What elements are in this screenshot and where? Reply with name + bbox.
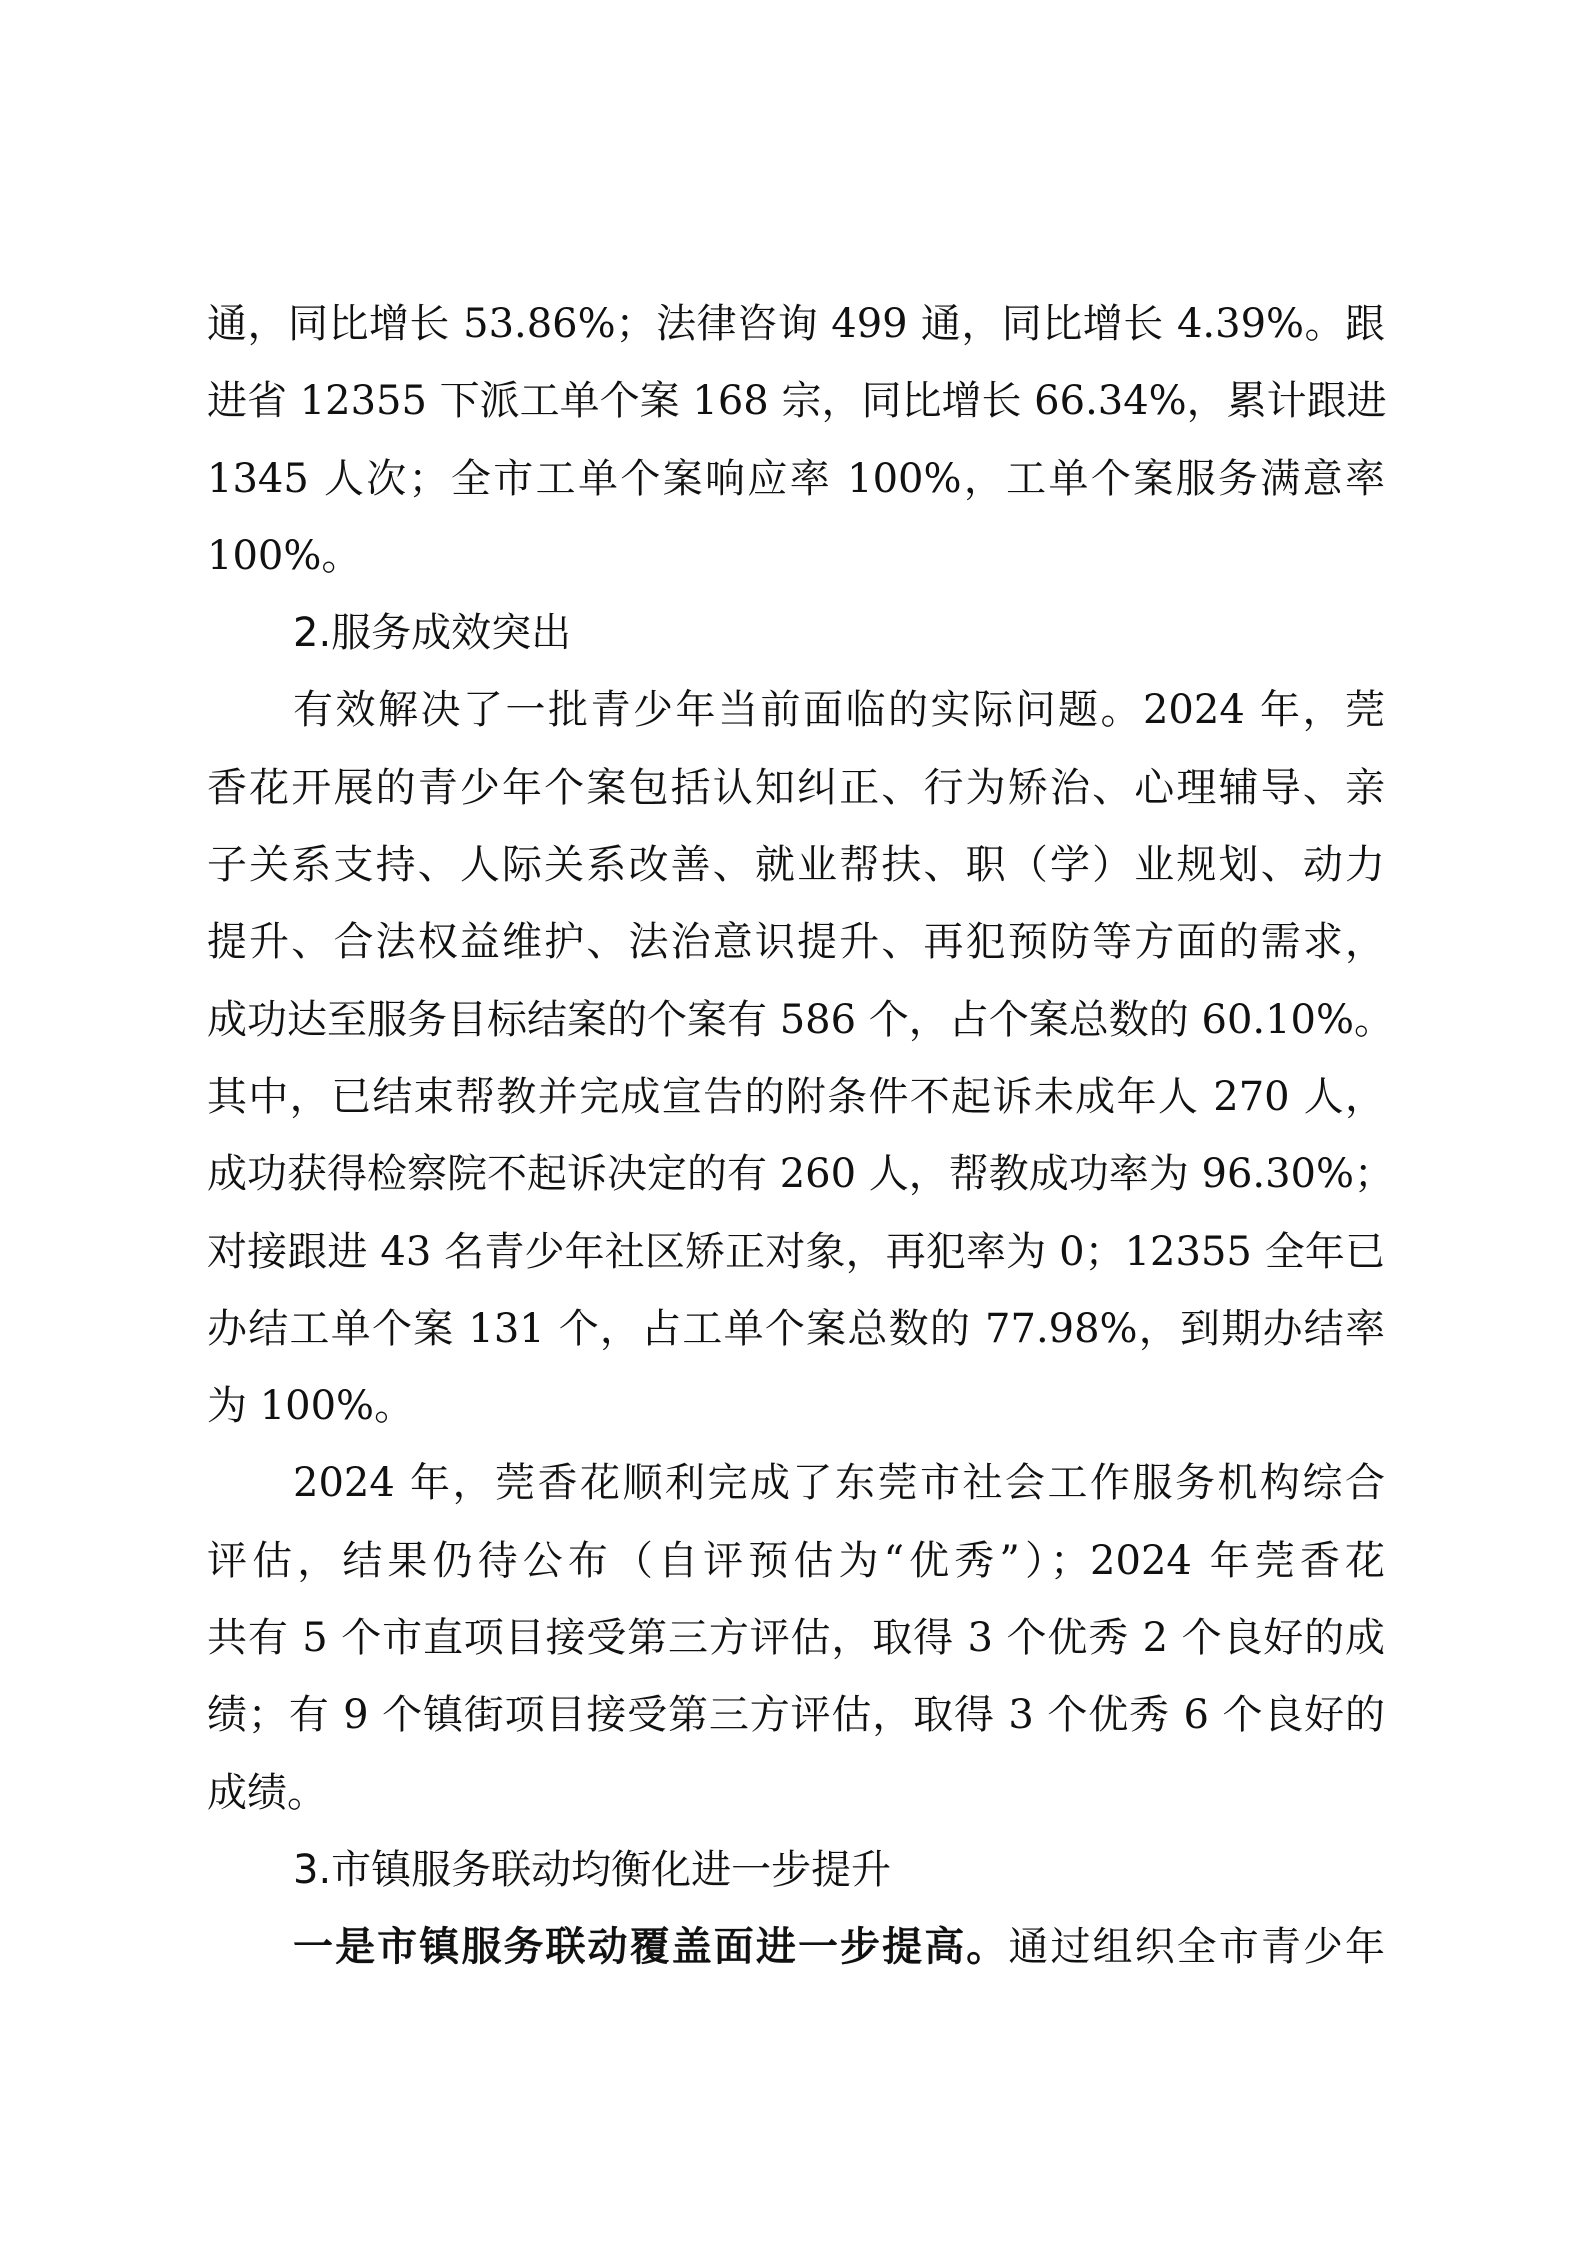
bold-lead-phrase: 一是市镇服务联动覆盖面进一步提高。 [293,1924,1008,1970]
paragraph-line: 通，同比增长 53.86%；法律咨询 499 通，同比增长 4.39%。跟 [207,296,1385,373]
paragraph-line: 成功达至服务目标结案的个案有 586 个，占个案总数的 60.10%。 [207,992,1385,1069]
paragraph-line: 成绩。 [207,1765,1385,1842]
paragraph-line: 办结工单个案 131 个，占工单个案总数的 77.98%，到期办结率 [207,1301,1385,1378]
paragraph-text: 通过组织全市青少年 [1008,1924,1385,1970]
paragraph-line: 其中，已结束帮教并完成宣告的附条件不起诉未成年人 270 人， [207,1069,1385,1146]
paragraph-line: 100%。 [207,528,1385,605]
paragraph-line: 成功获得检察院不起诉决定的有 260 人，帮教成功率为 96.30%； [207,1146,1385,1223]
paragraph-line: 1345 人次；全市工单个案响应率 100%，工单个案服务满意率 [207,451,1385,528]
paragraph-line: 绩；有 9 个镇街项目接受第三方评估，取得 3 个优秀 6 个良好的 [207,1687,1385,1764]
paragraph-line: 为 100%。 [207,1378,1385,1455]
paragraph-line: 对接跟进 43 名青少年社区矫正对象，再犯率为 0；12355 全年已 [207,1224,1385,1301]
section-heading: 3.市镇服务联动均衡化进一步提升 [207,1842,1385,1919]
section-heading: 2.服务成效突出 [207,605,1385,682]
paragraph-line: 香花开展的青少年个案包括认知纠正、行为矫治、心理辅导、亲 [207,760,1385,837]
paragraph-line: 共有 5 个市直项目接受第三方评估，取得 3 个优秀 2 个良好的成 [207,1610,1385,1687]
document-body: 通，同比增长 53.86%；法律咨询 499 通，同比增长 4.39%。跟 进省… [207,296,1385,1997]
paragraph-line: 进省 12355 下派工单个案 168 宗，同比增长 66.34%，累计跟进 [207,373,1385,450]
paragraph-line: 有效解决了一批青少年当前面临的实际问题。2024 年，莞 [207,682,1385,759]
paragraph-line: 提升、合法权益维护、法治意识提升、再犯预防等方面的需求， [207,914,1385,991]
document-page: 通，同比增长 53.86%；法律咨询 499 通，同比增长 4.39%。跟 进省… [0,0,1587,2245]
paragraph-line: 一是市镇服务联动覆盖面进一步提高。通过组织全市青少年 [207,1919,1385,1996]
paragraph-line: 2024 年，莞香花顺利完成了东莞市社会工作服务机构综合 [207,1455,1385,1532]
paragraph-line: 评估，结果仍待公布（自评预估为“优秀”）；2024 年莞香花 [207,1533,1385,1610]
paragraph-line: 子关系支持、人际关系改善、就业帮扶、职（学）业规划、动力 [207,837,1385,914]
